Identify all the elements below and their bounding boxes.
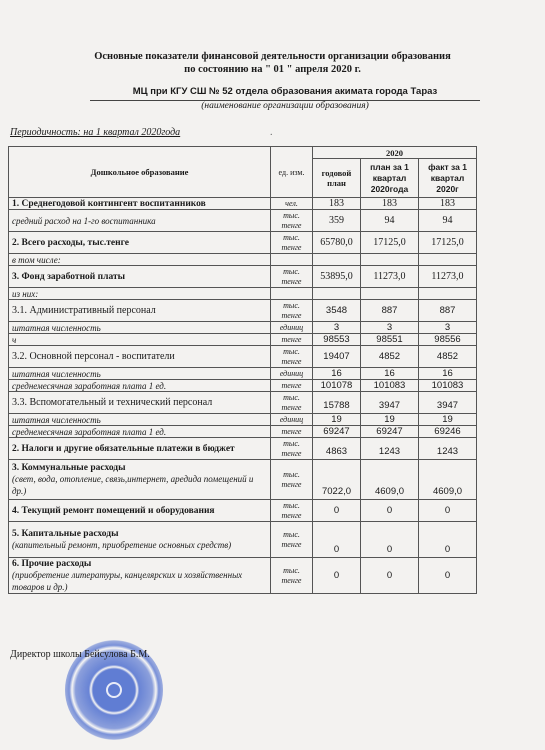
row-label: 2. Налоги и другие обязательные платежи … (9, 438, 271, 460)
row-unit: тыс. тенге (271, 558, 313, 594)
row-label: средний расход на 1-го воспитанника (9, 210, 271, 232)
cell-annual: 69247 (313, 426, 361, 438)
cell-fact: 98556 (419, 334, 477, 346)
row-label: 6. Прочие расходы(приобретение литератур… (9, 558, 271, 594)
table-row: штатная численностьединиц333 (9, 322, 477, 334)
cell-plan: 17125,0 (361, 232, 419, 254)
row-label: среднемесячная заработная плата 1 ед. (9, 380, 271, 392)
cell-fact: 0 (419, 500, 477, 522)
cell-fact: 4852 (419, 346, 477, 368)
header-unit: ед. изм. (271, 147, 313, 198)
cell-plan: 1243 (361, 438, 419, 460)
table-row: средний расход на 1-го воспитанникатыс. … (9, 210, 477, 232)
cell-plan: 11273,0 (361, 266, 419, 288)
row-unit: чел. (271, 198, 313, 210)
row-label-text: штатная численность (12, 369, 101, 379)
cell-plan: 98551 (361, 334, 419, 346)
cell-annual: 19407 (313, 346, 361, 368)
cell-annual (313, 254, 361, 266)
table-row: 3.1. Административный персоналтыс. тенге… (9, 300, 477, 322)
table-row: 6. Прочие расходы(приобретение литератур… (9, 558, 477, 594)
row-label-text: ч (12, 335, 16, 345)
row-unit: тыс. тенге (271, 210, 313, 232)
table-row: из них: (9, 288, 477, 300)
cell-fact: 4609,0 (419, 460, 477, 500)
row-label: 3. Коммунальные расходы(свет, вода, отоп… (9, 460, 271, 500)
cell-annual: 19 (313, 414, 361, 426)
cell-annual: 0 (313, 500, 361, 522)
table-row: 5. Капитальные расходы(капительный ремон… (9, 522, 477, 558)
cell-plan: 3947 (361, 392, 419, 414)
row-label-text: средний расход на 1-го воспитанника (12, 216, 156, 226)
row-label: штатная численность (9, 322, 271, 334)
cell-fact: 0 (419, 522, 477, 558)
row-label: штатная численность (9, 368, 271, 380)
table-row: 2. Всего расходы, тыс.тенгетыс. тенге657… (9, 232, 477, 254)
cell-plan: 4609,0 (361, 460, 419, 500)
row-label: штатная численность (9, 414, 271, 426)
header-q1-plan: план за 1 квартал 2020года (361, 159, 419, 198)
organization-name: МЦ при КГУ СШ № 52 отдела образования ак… (90, 86, 480, 101)
row-unit: тыс. тенге (271, 266, 313, 288)
row-unit: тенге (271, 380, 313, 392)
cell-annual: 3548 (313, 300, 361, 322)
organization-caption: (наименование организации образования) (90, 101, 480, 111)
row-unit: тыс. тенге (271, 522, 313, 558)
row-unit: тенге (271, 334, 313, 346)
row-label: среднемесячная заработная плата 1 ед. (9, 426, 271, 438)
cell-plan: 101083 (361, 380, 419, 392)
cell-annual: 98553 (313, 334, 361, 346)
row-label: 3.2. Основной персонал - воспитатели (9, 346, 271, 368)
cell-plan: 183 (361, 198, 419, 210)
cell-plan: 887 (361, 300, 419, 322)
cell-plan: 19 (361, 414, 419, 426)
row-label: 3. Фонд заработной платы (9, 266, 271, 288)
cell-plan: 69247 (361, 426, 419, 438)
cell-plan: 4852 (361, 346, 419, 368)
row-label-text: среднемесячная заработная плата 1 ед. (12, 381, 166, 391)
cell-fact: 1243 (419, 438, 477, 460)
header-year: 2020 (313, 147, 477, 159)
row-unit: единиц (271, 368, 313, 380)
cell-plan (361, 254, 419, 266)
row-unit: тыс. тенге (271, 300, 313, 322)
table-row: 3. Фонд заработной платытыс. тенге53895,… (9, 266, 477, 288)
row-unit: тыс. тенге (271, 438, 313, 460)
cell-fact: 94 (419, 210, 477, 232)
cell-annual: 359 (313, 210, 361, 232)
cell-plan: 0 (361, 558, 419, 594)
row-unit (271, 288, 313, 300)
row-label-text: штатная численность (12, 323, 101, 333)
table-row: 3. Коммунальные расходы(свет, вода, отоп… (9, 460, 477, 500)
table-row: 2. Налоги и другие обязательные платежи … (9, 438, 477, 460)
cell-annual: 4863 (313, 438, 361, 460)
row-label: 5. Капитальные расходы(капительный ремон… (9, 522, 271, 558)
cell-fact (419, 254, 477, 266)
periodicity: Периодичность: на 1 квартал 2020года (10, 127, 180, 138)
row-label-text: 6. Прочие расходы (12, 559, 91, 569)
header-q1-fact: факт за 1 квартал 2020г (419, 159, 477, 198)
row-note: (капительный ремонт, приобретение основн… (12, 539, 267, 551)
row-label: в том числе: (9, 254, 271, 266)
document-date: по состоянию на " 01 " апреля 2020 г. (0, 63, 545, 76)
cell-annual (313, 288, 361, 300)
row-label-text: 3.3. Вспомогательный и технический персо… (12, 397, 212, 408)
cell-fact: 101083 (419, 380, 477, 392)
row-label-text: 3. Коммунальные расходы (12, 463, 126, 473)
row-label: 3.3. Вспомогательный и технический персо… (9, 392, 271, 414)
row-label: 2. Всего расходы, тыс.тенге (9, 232, 271, 254)
table-row: 4. Текущий ремонт помещений и оборудован… (9, 500, 477, 522)
cell-fact: 3947 (419, 392, 477, 414)
row-label-text: 3.2. Основной персонал - воспитатели (12, 351, 175, 362)
cell-plan: 16 (361, 368, 419, 380)
row-unit (271, 254, 313, 266)
cell-fact: 69246 (419, 426, 477, 438)
table-row: чтенге985539855198556 (9, 334, 477, 346)
cell-fact: 11273,0 (419, 266, 477, 288)
cell-annual: 0 (313, 522, 361, 558)
cell-annual: 7022,0 (313, 460, 361, 500)
cell-plan (361, 288, 419, 300)
cell-fact: 0 (419, 558, 477, 594)
cell-annual: 183 (313, 198, 361, 210)
row-label-text: 2. Налоги и другие обязательные платежи … (12, 444, 235, 454)
cell-plan: 0 (361, 522, 419, 558)
cell-annual: 65780,0 (313, 232, 361, 254)
cell-fact: 17125,0 (419, 232, 477, 254)
row-label: 3.1. Административный персонал (9, 300, 271, 322)
row-label-text: 5. Капитальные расходы (12, 529, 119, 539)
row-unit: тыс. тенге (271, 232, 313, 254)
row-label-text: 3. Фонд заработной платы (12, 272, 125, 282)
table-row: 3.3. Вспомогательный и технический персо… (9, 392, 477, 414)
table-row: среднемесячная заработная плата 1 ед.тен… (9, 380, 477, 392)
row-label-text: 1. Среднегодовой контингент воспитаннико… (12, 199, 206, 209)
cell-plan: 3 (361, 322, 419, 334)
row-label-text: среднемесячная заработная плата 1 ед. (12, 427, 166, 437)
row-unit: тыс. тенге (271, 460, 313, 500)
row-note: (приобретение литературы, канцелярских и… (12, 569, 267, 593)
row-unit: тыс. тенге (271, 392, 313, 414)
scan-dot: . (270, 127, 273, 138)
row-label-text: из них: (12, 289, 38, 299)
table-row: в том числе: (9, 254, 477, 266)
table-row: среднемесячная заработная плата 1 ед.тен… (9, 426, 477, 438)
row-unit: единиц (271, 322, 313, 334)
header-section: Дошкольное образование (9, 147, 271, 198)
row-unit: единиц (271, 414, 313, 426)
cell-annual: 3 (313, 322, 361, 334)
table-row: штатная численностьединиц161616 (9, 368, 477, 380)
emblem-icon (106, 682, 122, 698)
table-row: 1. Среднегодовой контингент воспитаннико… (9, 198, 477, 210)
cell-annual: 0 (313, 558, 361, 594)
document-page: Основные показатели финансовой деятельно… (0, 0, 545, 750)
row-label: 1. Среднегодовой контингент воспитаннико… (9, 198, 271, 210)
cell-fact: 19 (419, 414, 477, 426)
row-label: 4. Текущий ремонт помещений и оборудован… (9, 500, 271, 522)
cell-annual: 15788 (313, 392, 361, 414)
row-label: из них: (9, 288, 271, 300)
cell-fact (419, 288, 477, 300)
header-annual-plan: годовой план (313, 159, 361, 198)
cell-annual: 53895,0 (313, 266, 361, 288)
table-row: штатная численностьединиц191919 (9, 414, 477, 426)
financial-table: Дошкольное образование ед. изм. 2020 год… (8, 146, 477, 594)
row-unit: тыс. тенге (271, 346, 313, 368)
row-label-text: 3.1. Административный персонал (12, 305, 156, 316)
row-label-text: 2. Всего расходы, тыс.тенге (12, 238, 129, 248)
cell-fact: 887 (419, 300, 477, 322)
cell-plan: 94 (361, 210, 419, 232)
document-title: Основные показатели финансовой деятельно… (0, 50, 545, 63)
cell-annual: 16 (313, 368, 361, 380)
cell-fact: 183 (419, 198, 477, 210)
director-signature: Директор школы Бейсулова Б.М. (10, 649, 150, 660)
cell-annual: 101078 (313, 380, 361, 392)
row-unit: тыс. тенге (271, 500, 313, 522)
row-label-text: в том числе: (12, 255, 61, 265)
cell-fact: 16 (419, 368, 477, 380)
row-label-text: штатная численность (12, 415, 101, 425)
row-note: (свет, вода, отопление, связь,интернет, … (12, 473, 267, 497)
row-unit: тенге (271, 426, 313, 438)
table-row: 3.2. Основной персонал - воспитателитыс.… (9, 346, 477, 368)
cell-plan: 0 (361, 500, 419, 522)
cell-fact: 3 (419, 322, 477, 334)
row-label-text: 4. Текущий ремонт помещений и оборудован… (12, 506, 215, 516)
row-label: ч (9, 334, 271, 346)
